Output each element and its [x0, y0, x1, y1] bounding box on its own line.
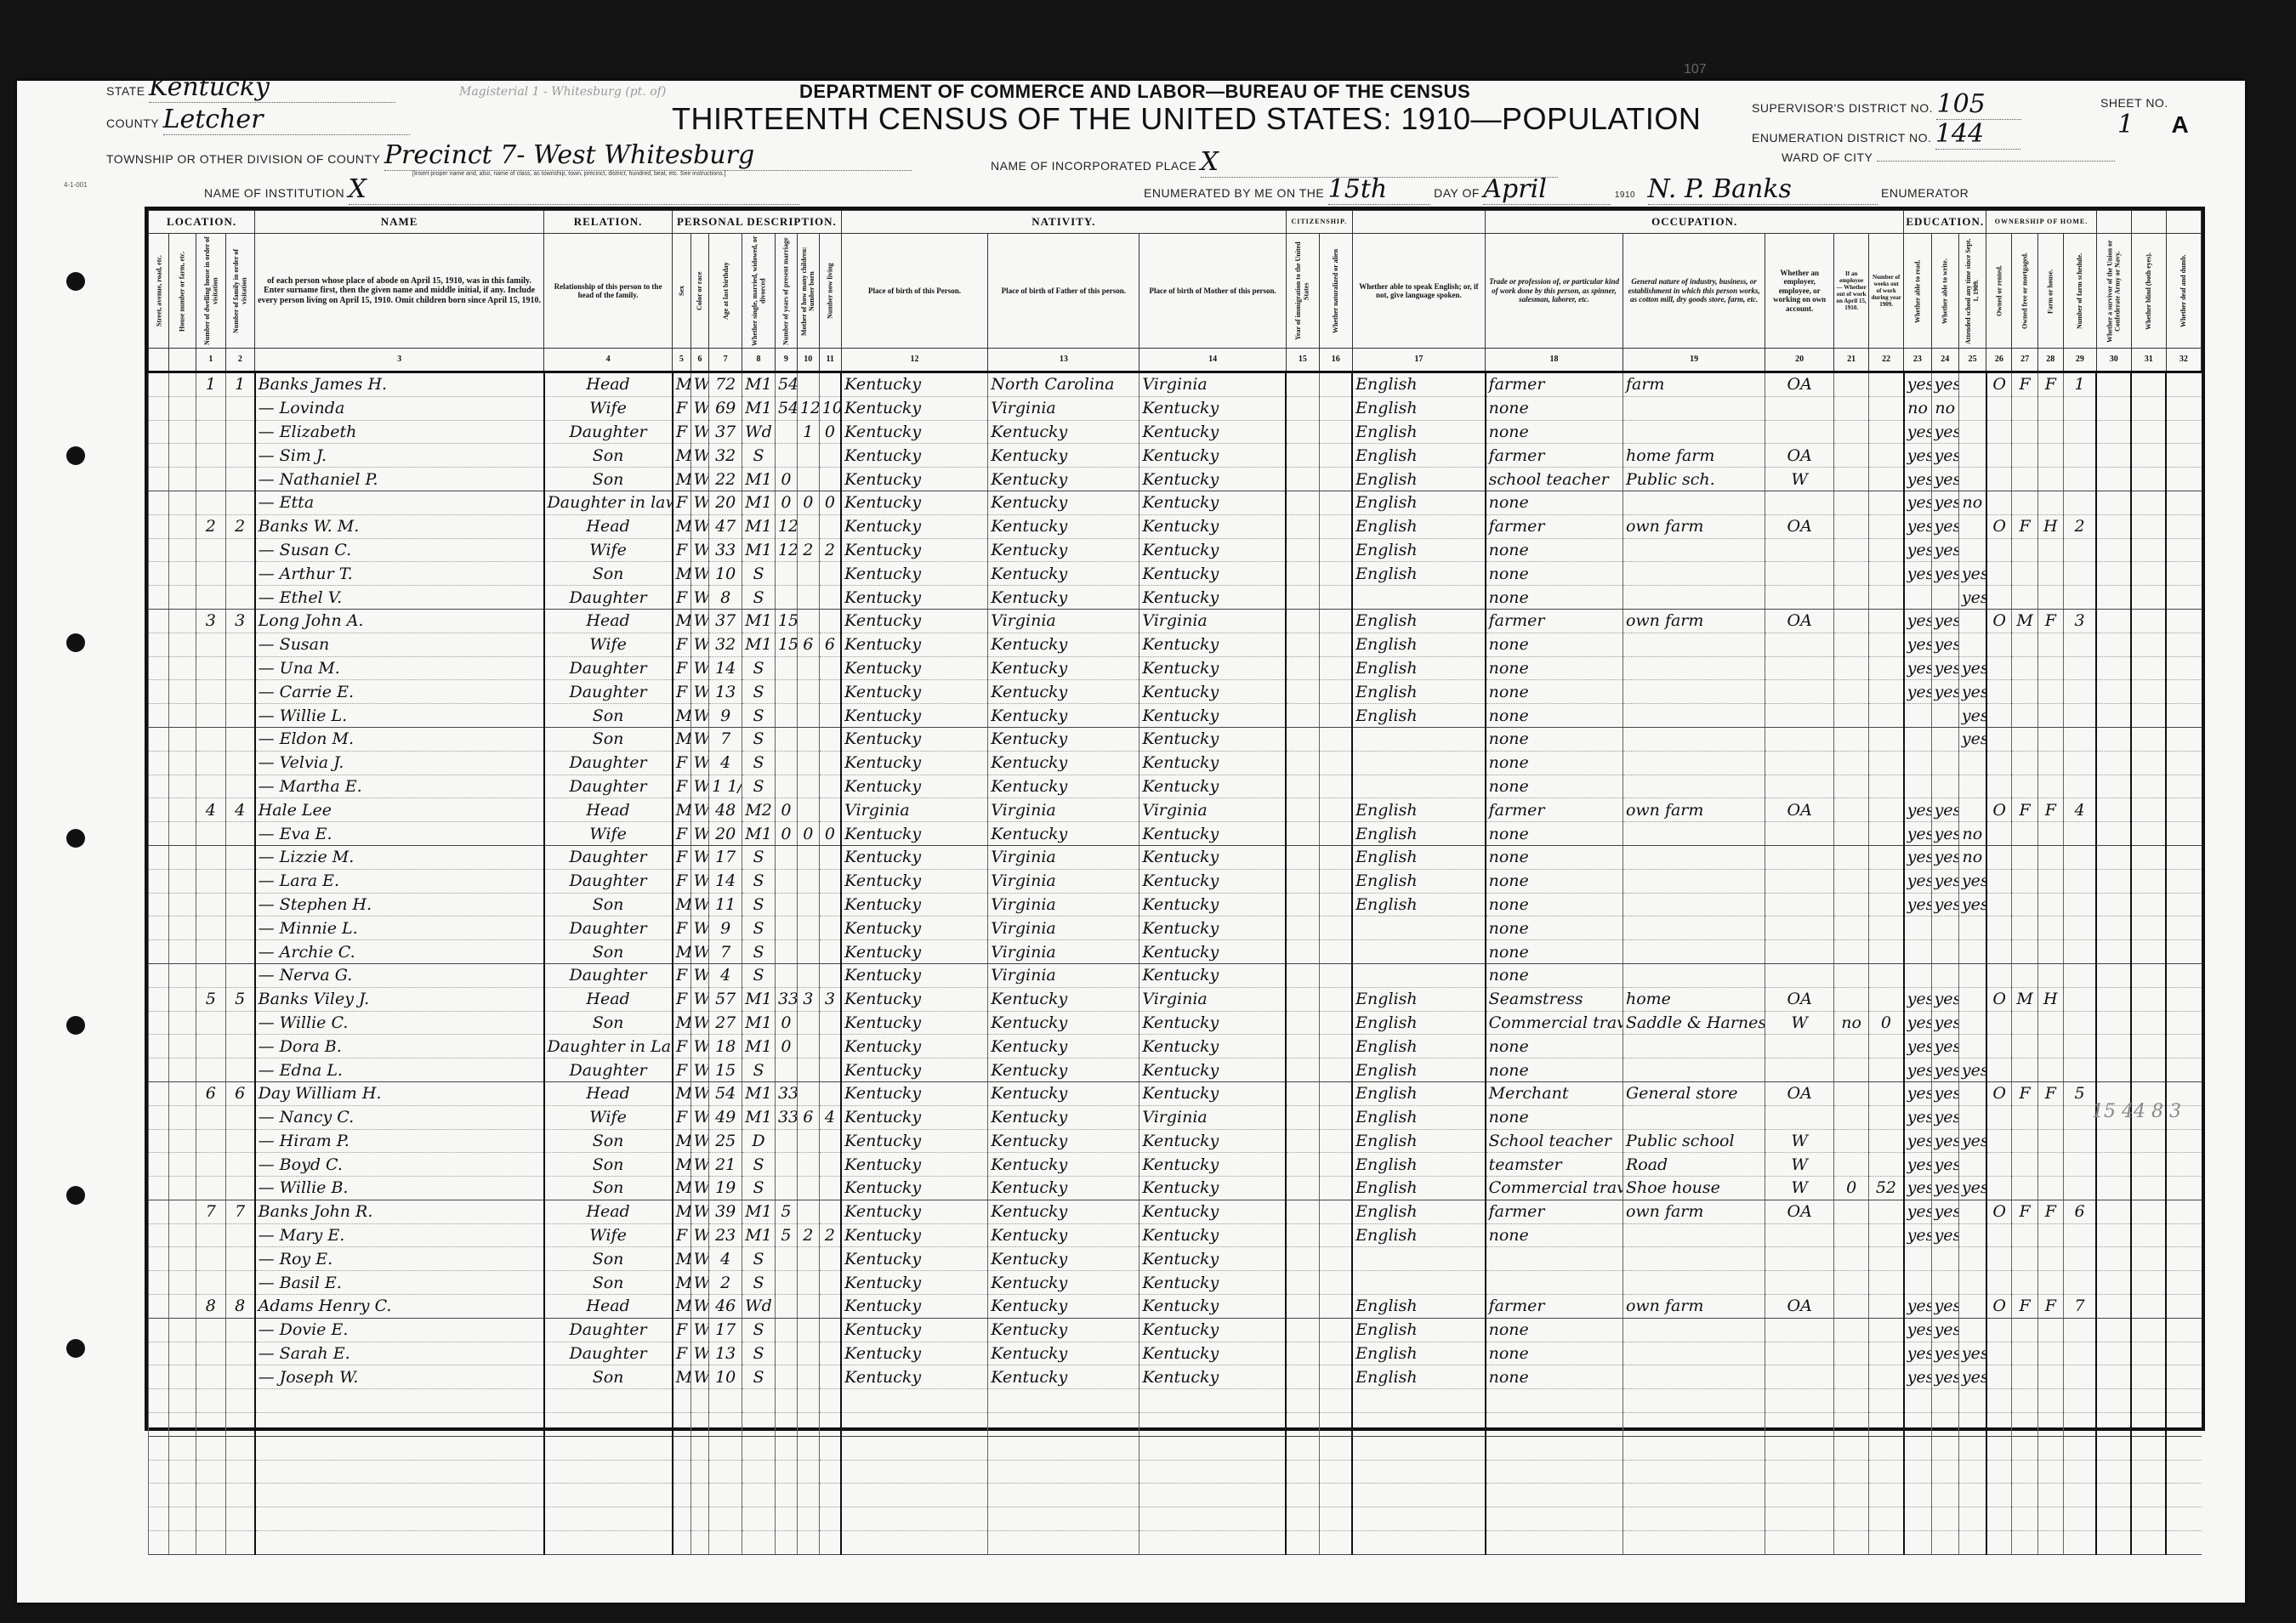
cell-nat [1319, 372, 1352, 397]
cell-name: Adams Henry C. [255, 1295, 544, 1319]
cell-school [1958, 1531, 1986, 1555]
cell-yrs: 0 [775, 468, 797, 491]
cell-dw [196, 1531, 226, 1555]
cell-occ: Commercial traveler [1486, 1177, 1623, 1200]
cell-write: yes [1931, 444, 1958, 468]
cell-wks [1869, 1318, 1904, 1342]
cell-lang: English [1352, 491, 1485, 514]
cell-wks [1869, 704, 1904, 728]
cell-school: yes [1958, 869, 1986, 893]
cell-imm [1286, 940, 1319, 964]
cell-name: — Dora B. [255, 1035, 544, 1058]
cell-school [1958, 1460, 1986, 1484]
cell-born [797, 727, 819, 751]
cell-sex: M [673, 798, 691, 822]
cell-own [1986, 1105, 2012, 1129]
cell-yrs: 54 [775, 396, 797, 420]
column-number: 4 [544, 349, 673, 372]
ward-field: Ward of city [1782, 150, 2115, 166]
cell-ind [1623, 751, 1765, 775]
cell-fam [225, 396, 255, 420]
cell-wks [1869, 680, 1904, 704]
cell-deaf [2166, 1177, 2201, 1200]
cell-dw [196, 1413, 226, 1437]
cell-free [2012, 940, 2037, 964]
cell-name: — Lovinda [255, 396, 544, 420]
cell-lang: English [1352, 987, 1485, 1011]
cell-dw [196, 1318, 226, 1342]
cell-living: 6 [819, 633, 841, 656]
cell-mpob: Kentucky [1139, 1081, 1287, 1105]
cell-wks [1869, 1200, 1904, 1223]
group-language [1352, 211, 1485, 234]
cell-sex: M [673, 609, 691, 633]
binder-hole [66, 272, 85, 291]
cell-street [149, 893, 169, 916]
cell-fpob: Kentucky [988, 1011, 1139, 1035]
cell-write: yes [1931, 1129, 1958, 1153]
cell-ms [742, 1460, 776, 1484]
cell-pob [841, 1436, 988, 1460]
column-number: 29 [2063, 349, 2096, 372]
cell-sched [2063, 1129, 2096, 1153]
cell-emp [1765, 1413, 1834, 1437]
ward-value [1877, 161, 2115, 162]
cell-mpob: Kentucky [1139, 727, 1287, 751]
cell-occ: none [1486, 396, 1623, 420]
cell-age: 4 [709, 751, 742, 775]
group-relation: RELATION. [544, 211, 673, 234]
cell-blind [2131, 680, 2166, 704]
cell-occ: none [1486, 775, 1623, 798]
cell-name: — Joseph W. [255, 1365, 544, 1389]
cell-out [1834, 940, 1869, 964]
cell-age: 72 [709, 372, 742, 397]
table-row: — Willie C.SonMW27M10KentuckyKentuckyKen… [149, 1011, 2202, 1035]
cell-sched [2063, 1177, 2096, 1200]
cell-pob: Kentucky [841, 1342, 988, 1365]
cell-wks [1869, 822, 1904, 846]
cell-rel: Wife [544, 633, 673, 656]
cell-sex: F [673, 1342, 691, 1365]
cell-lang: English [1352, 1081, 1485, 1105]
cell-dw [196, 396, 226, 420]
cell-race: W [691, 468, 709, 491]
cell-school: yes [1958, 1058, 1986, 1082]
cell-born [797, 1365, 819, 1389]
cell-ms: S [742, 1177, 776, 1200]
cell-pob: Kentucky [841, 1129, 988, 1153]
table-row: — Minnie L.DaughterFW9SKentuckyVirginiaK… [149, 916, 2202, 940]
cell-out [1834, 822, 1869, 846]
cell-born [797, 704, 819, 728]
cell-age: 14 [709, 656, 742, 680]
cell-dw [196, 680, 226, 704]
cell-imm [1286, 751, 1319, 775]
cell-fam [225, 1389, 255, 1413]
table-row: — Willie L.SonMW9SKentuckyKentuckyKentuc… [149, 704, 2202, 728]
cell-wks [1869, 775, 1904, 798]
cell-name [255, 1507, 544, 1531]
cell-lang [1352, 727, 1485, 751]
cell-blind [2131, 396, 2166, 420]
cell-read: yes [1904, 514, 1931, 538]
cell-free: F [2012, 514, 2037, 538]
cell-read: yes [1904, 1105, 1931, 1129]
incorporated-value: X [1201, 147, 1558, 178]
cell-fam: 2 [225, 514, 255, 538]
cell-emp: W [1765, 468, 1834, 491]
cell-out [1834, 1484, 1869, 1507]
margin-note: Magisterial 1 - Whitesburg (pt. of) [459, 85, 666, 99]
cell-rel: Wife [544, 1223, 673, 1247]
cell-house [168, 845, 196, 869]
cell-fam [225, 775, 255, 798]
cell-pob: Kentucky [841, 1247, 988, 1271]
cell-house [168, 916, 196, 940]
cell-street [149, 704, 169, 728]
cell-free [2012, 1507, 2037, 1531]
cell-fpob: Kentucky [988, 775, 1139, 798]
table-row: — Joseph W.SonMW10SKentuckyKentuckyKentu… [149, 1365, 2202, 1389]
cell-imm [1286, 514, 1319, 538]
cell-name: Banks John R. [255, 1200, 544, 1223]
cell-pob: Kentucky [841, 586, 988, 610]
cell-free [2012, 396, 2037, 420]
cell-ind [1623, 727, 1765, 751]
cell-write: yes [1931, 1035, 1958, 1058]
cell-house [168, 869, 196, 893]
cell-pob: Kentucky [841, 609, 988, 633]
cell-out [1834, 420, 1869, 444]
cell-write: yes [1931, 609, 1958, 633]
cell-dw [196, 491, 226, 514]
cell-out [1834, 704, 1869, 728]
cell-born: 0 [797, 491, 819, 514]
cell-lang [1352, 940, 1485, 964]
form-code: 4-1-001 [64, 181, 88, 189]
cell-age: 37 [709, 420, 742, 444]
cell-dw [196, 656, 226, 680]
cell-lang: English [1352, 1295, 1485, 1319]
cell-rel: Daughter [544, 420, 673, 444]
cell-free: F [2012, 372, 2037, 397]
cell-free: F [2012, 1200, 2037, 1223]
cell-lang [1352, 1413, 1485, 1437]
cell-read: yes [1904, 562, 1931, 586]
cell-race: W [691, 420, 709, 444]
cell-nat [1319, 845, 1352, 869]
cell-sex: M [673, 1365, 691, 1389]
cell-street [149, 396, 169, 420]
col-children-born: Mother of how many children: Number born [797, 234, 819, 349]
cell-age: 32 [709, 444, 742, 468]
cell-imm [1286, 420, 1319, 444]
cell-age: 27 [709, 1011, 742, 1035]
cell-sex: F [673, 1223, 691, 1247]
cell-pob [841, 1389, 988, 1413]
cell-free [2012, 1247, 2037, 1271]
cell-nat [1319, 1177, 1352, 1200]
cell-ind [1623, 1223, 1765, 1247]
cell-dw: 1 [196, 372, 226, 397]
cell-sched [2063, 1011, 2096, 1035]
cell-write [1931, 1389, 1958, 1413]
cell-imm [1286, 1295, 1319, 1319]
cell-yrs [775, 586, 797, 610]
cell-name [255, 1531, 544, 1555]
cell-imm [1286, 609, 1319, 633]
cell-fam [225, 940, 255, 964]
cell-street [149, 586, 169, 610]
cell-out [1834, 1129, 1869, 1153]
cell-dw [196, 1484, 226, 1507]
cell-lang [1352, 1271, 1485, 1295]
cell-name: — Basil E. [255, 1271, 544, 1295]
cell-read: yes [1904, 1011, 1931, 1035]
cell-emp [1765, 562, 1834, 586]
cell-school: yes [1958, 1342, 1986, 1365]
cell-rel [544, 1436, 673, 1460]
cell-sched [2063, 1365, 2096, 1389]
cell-school: yes [1958, 704, 1986, 728]
cell-own: O [1986, 1200, 2012, 1223]
cell-blind [2131, 845, 2166, 869]
cell-fpob: Virginia [988, 916, 1139, 940]
cell-ms: S [742, 1342, 776, 1365]
cell-blind [2131, 798, 2166, 822]
cell-street [149, 1271, 169, 1295]
cell-sched: 2 [2063, 514, 2096, 538]
cell-own [1986, 1507, 2012, 1531]
cell-own [1986, 1035, 2012, 1058]
cell-house [168, 1153, 196, 1177]
cell-fam [225, 822, 255, 846]
cell-yrs: 5 [775, 1200, 797, 1223]
cell-nat [1319, 514, 1352, 538]
cell-free [2012, 1484, 2037, 1507]
cell-yrs [775, 1460, 797, 1484]
cell-dw [196, 1223, 226, 1247]
cell-read [1904, 1413, 1931, 1437]
cell-emp [1765, 656, 1834, 680]
cell-school [1958, 1105, 1986, 1129]
cell-sex: M [673, 1011, 691, 1035]
cell-pob: Kentucky [841, 396, 988, 420]
cell-own [1986, 633, 2012, 656]
cell-ind [1623, 1484, 1765, 1507]
cell-write: yes [1931, 468, 1958, 491]
cell-free [2012, 1271, 2037, 1295]
cell-race: W [691, 1129, 709, 1153]
cell-sex: M [673, 940, 691, 964]
cell-deaf [2166, 656, 2201, 680]
cell-pob: Kentucky [841, 822, 988, 846]
cell-deaf [2166, 845, 2201, 869]
cell-rel: Son [544, 1011, 673, 1035]
cell-farm [2037, 727, 2063, 751]
cell-occ: farmer [1486, 514, 1623, 538]
cell-school [1958, 1484, 1986, 1507]
cell-street [149, 1342, 169, 1365]
cell-age: 37 [709, 609, 742, 633]
cell-school [1958, 775, 1986, 798]
cell-vet [2096, 1342, 2131, 1365]
cell-yrs [775, 727, 797, 751]
cell-vet [2096, 1035, 2131, 1058]
cell-school [1958, 987, 1986, 1011]
cell-write: yes [1931, 845, 1958, 869]
table-row: — Nancy C.WifeFW49M13364KentuckyKentucky… [149, 1105, 2202, 1129]
cell-fam [225, 444, 255, 468]
cell-occ: none [1486, 1035, 1623, 1058]
table-row: — EttaDaughter in lawFW20M1000KentuckyKe… [149, 491, 2202, 514]
cell-house [168, 987, 196, 1011]
cell-living [819, 1035, 841, 1058]
cell-lang: English [1352, 1058, 1485, 1082]
cell-sex: M [673, 1247, 691, 1271]
cell-house [168, 680, 196, 704]
cell-sched [2063, 916, 2096, 940]
cell-ms [742, 1436, 776, 1460]
cell-age [709, 1413, 742, 1437]
cell-living [819, 1389, 841, 1413]
cell-race: W [691, 491, 709, 514]
cell-read: yes [1904, 1129, 1931, 1153]
cell-race: W [691, 1058, 709, 1082]
cell-yrs [775, 1153, 797, 1177]
cell-out [1834, 1342, 1869, 1365]
cell-age: 7 [709, 940, 742, 964]
cell-fam [225, 1531, 255, 1555]
cell-occ: none [1486, 963, 1623, 987]
cell-read: yes [1904, 1177, 1931, 1200]
cell-house [168, 514, 196, 538]
cell-read: yes [1904, 420, 1931, 444]
cell-vet [2096, 633, 2131, 656]
cell-rel: Son [544, 468, 673, 491]
cell-school [1958, 372, 1986, 397]
cell-free [2012, 1223, 2037, 1247]
cell-free [2012, 1011, 2037, 1035]
cell-imm [1286, 1531, 1319, 1555]
cell-free [2012, 586, 2037, 610]
cell-yrs: 15 [775, 609, 797, 633]
cell-vet [2096, 822, 2131, 846]
cell-rel [544, 1507, 673, 1531]
cell-vet [2096, 845, 2131, 869]
cell-street [149, 1507, 169, 1531]
cell-vet [2096, 1389, 2131, 1413]
cell-fam [225, 963, 255, 987]
cell-wks [1869, 586, 1904, 610]
cell-name: — Roy E. [255, 1247, 544, 1271]
cell-house [168, 444, 196, 468]
cell-name: — Susan [255, 633, 544, 656]
cell-pob: Kentucky [841, 372, 988, 397]
binder-hole [66, 829, 85, 848]
cell-sex: F [673, 1035, 691, 1058]
cell-sched [2063, 727, 2096, 751]
cell-own [1986, 1436, 2012, 1460]
cell-mpob [1139, 1436, 1287, 1460]
cell-emp [1765, 1035, 1834, 1058]
cell-name: — Carrie E. [255, 680, 544, 704]
cell-wks [1869, 845, 1904, 869]
cell-fam [225, 1318, 255, 1342]
table-row [149, 1413, 2202, 1437]
cell-sched: 1 [2063, 372, 2096, 397]
cell-imm [1286, 586, 1319, 610]
cell-living [819, 916, 841, 940]
cell-pob: Kentucky [841, 514, 988, 538]
cell-vet [2096, 656, 2131, 680]
cell-wks [1869, 396, 1904, 420]
cell-nat [1319, 727, 1352, 751]
cell-fpob [988, 1460, 1139, 1484]
cell-fpob: Virginia [988, 963, 1139, 987]
cell-sex: F [673, 396, 691, 420]
cell-born [797, 845, 819, 869]
cell-nat [1319, 1223, 1352, 1247]
cell-living [819, 468, 841, 491]
column-number: 31 [2131, 349, 2166, 372]
cell-occ [1486, 1531, 1623, 1555]
cell-free [2012, 1413, 2037, 1437]
cell-name: — Sarah E. [255, 1342, 544, 1365]
cell-rel: Daughter [544, 963, 673, 987]
cell-name: — Etta [255, 491, 544, 514]
cell-yrs: 33 [775, 1081, 797, 1105]
cell-vet [2096, 1365, 2131, 1389]
table-row: — Edna L.DaughterFW15SKentuckyKentuckyKe… [149, 1058, 2202, 1082]
cell-fam [225, 586, 255, 610]
cell-living [819, 1531, 841, 1555]
cell-street [149, 1035, 169, 1058]
cell-vet [2096, 491, 2131, 514]
table-row: — Velvia J.DaughterFW4SKentuckyKentuckyK… [149, 751, 2202, 775]
cell-age [709, 1389, 742, 1413]
cell-emp [1765, 1531, 1834, 1555]
cell-sex: F [673, 916, 691, 940]
cell-name [255, 1460, 544, 1484]
cell-sex: M [673, 704, 691, 728]
cell-living [819, 1436, 841, 1460]
enumeration-date-field: Enumerated by me on the 15th day of Apri… [1144, 174, 1969, 205]
cell-imm [1286, 1389, 1319, 1413]
cell-name: — Arthur T. [255, 562, 544, 586]
cell-lang: English [1352, 633, 1485, 656]
cell-age: 1 1/12 [709, 775, 742, 798]
cell-sched [2063, 538, 2096, 562]
supervisor-district-field: Supervisor's District No. 105 [1752, 89, 2021, 120]
cell-living: 10 [819, 396, 841, 420]
cell-vet [2096, 609, 2131, 633]
cell-out [1834, 1223, 1869, 1247]
cell-fpob: Kentucky [988, 704, 1139, 728]
cell-born [797, 1247, 819, 1271]
cell-living: 2 [819, 538, 841, 562]
cell-blind [2131, 562, 2166, 586]
cell-street [149, 963, 169, 987]
cell-sched [2063, 562, 2096, 586]
cell-ind [1623, 1247, 1765, 1271]
cell-name [255, 1389, 544, 1413]
cell-lang: English [1352, 1011, 1485, 1035]
cell-occ: none [1486, 1058, 1623, 1082]
group-occupation: OCCUPATION. [1486, 211, 1904, 234]
cell-wks [1869, 1058, 1904, 1082]
